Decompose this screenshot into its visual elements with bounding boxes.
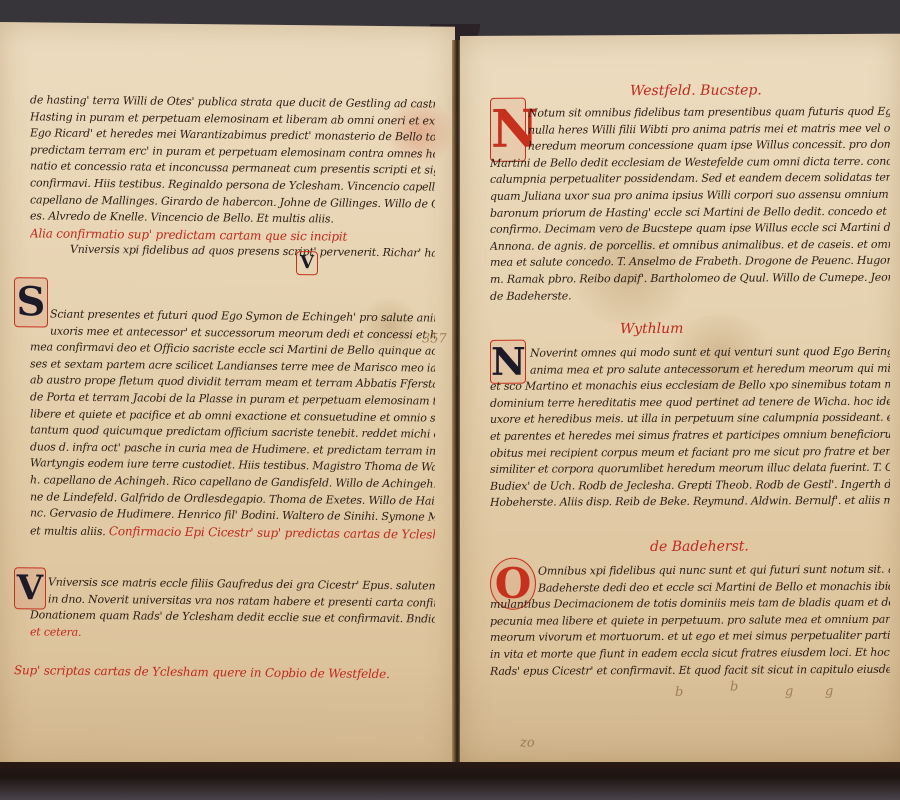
text-line: m. Ramak pbro. Reibo dapif'. Bartholomeo… xyxy=(490,270,890,289)
text-line: mea et salute concedo. T. Anselmo de Fra… xyxy=(490,253,890,272)
rubric-footnote: Sup' scriptas cartas de Yclesham quere i… xyxy=(14,662,390,683)
section-heading: Westfeld. Bucstep. xyxy=(630,82,762,99)
left-text-block-2: Sciant presentes et futuri quod Ego Symo… xyxy=(30,306,435,543)
section-heading: Wythlum xyxy=(620,321,683,337)
foot-mark: zo xyxy=(520,736,535,751)
text-line: heredum meorum concessione quam ipse Wil… xyxy=(490,137,890,156)
text-line: Budiex' de Uch. Rodb de Jeclesha. Grepti… xyxy=(490,476,890,495)
text-line: et parentes et heredes mei simus fratres… xyxy=(490,427,890,446)
text-line: pecunia mea libere et quiete in perpetuu… xyxy=(490,612,890,631)
text-line: Omnibus xpi fidelibus qui nunc sunt et q… xyxy=(490,562,890,581)
foot-mark: b xyxy=(730,680,738,695)
left-text-block-3: Vniversis sce matris eccle filiis Gaufre… xyxy=(48,575,435,645)
text-line: dominium terre hereditatis mee quod pert… xyxy=(490,394,890,413)
text-line: uxore et heredibus meis. ut illa in perp… xyxy=(490,410,890,429)
decorated-initial-v: V xyxy=(296,251,318,275)
left-text-block-1: de hasting' terra Willi de Otes' publica… xyxy=(30,92,435,262)
text-line: et multis aliis. Confirmacio Epi Cicestr… xyxy=(30,522,435,543)
marginal-number: 357 xyxy=(422,331,447,346)
text-line: mulantibus Decimacionem de totis dominii… xyxy=(490,595,890,614)
text-line: Rads' epus Cicestr' et confirmavit. Et q… xyxy=(490,661,890,680)
foot-mark: b xyxy=(675,685,683,700)
text-line: in vita et morte que fiunt in eadem eccl… xyxy=(490,645,890,664)
text-line: nulla heres Willi filii Wibti pro anima … xyxy=(490,120,890,139)
decorated-initial-v: V xyxy=(14,567,46,609)
open-manuscript: de hasting' terra Willi de Otes' publica… xyxy=(0,0,900,800)
text-line: Noverint omnes qui modo sunt et qui vent… xyxy=(490,344,890,363)
text-line: Vniversis xpi fidelibus ad quos presens … xyxy=(30,242,435,263)
text-line: et sco Martino et monachis eius ecclesia… xyxy=(490,377,890,396)
text-line: Martini de Bello dedit ecclesiam de West… xyxy=(490,154,890,173)
text-line: Hobeherste. Aliis disp. Reib de Beke. Re… xyxy=(490,493,890,512)
text-line: confirmo. Decimam vero de Bucstepe quam … xyxy=(490,220,890,239)
right-text-block-1: Notum sit omnibus fidelibus tam presenti… xyxy=(490,104,890,305)
text-line: calumpnia perpetualiter possidendam. Sed… xyxy=(490,170,890,189)
text-line: Annona. de agnis. de porcellis. et omnib… xyxy=(490,236,890,255)
text-line: similiter et corpora quorumlibet heredum… xyxy=(490,460,890,479)
right-page: Westfeld. Bucstep. N Notum sit omnibus f… xyxy=(460,34,900,766)
text-line: Notum sit omnibus fidelibus tam presenti… xyxy=(490,104,890,123)
text-line: anima mea et pro salute antecessorum et … xyxy=(490,360,890,379)
text-line: baronum priorum de Hasting' eccle sci Ma… xyxy=(490,203,890,222)
foot-mark: g xyxy=(785,684,793,699)
rubric: Confirmacio Epi Cicestr' sup' predictas … xyxy=(109,524,435,542)
right-text-block-3: Omnibus xpi fidelibus qui nunc sunt et q… xyxy=(490,562,890,680)
text-line: obitus mei recipient corpus meum et faci… xyxy=(490,443,890,462)
text-line: meorum vivorum et mortuorum. et ut ego e… xyxy=(490,628,890,647)
right-text-block-2: Noverint omnes qui modo sunt et qui vent… xyxy=(490,344,890,512)
section-heading: de Badeherst. xyxy=(650,538,749,555)
book-bottom-edge xyxy=(0,762,900,800)
left-page: de hasting' terra Willi de Otes' publica… xyxy=(0,22,455,779)
text-line: Badeherste dedi deo et eccle sci Martini… xyxy=(490,578,890,597)
text-line: de Badeherste. xyxy=(490,286,890,305)
foot-mark: g xyxy=(825,684,833,699)
text-line: quam Juliana uxor sua pro anima ipsius W… xyxy=(490,187,890,206)
